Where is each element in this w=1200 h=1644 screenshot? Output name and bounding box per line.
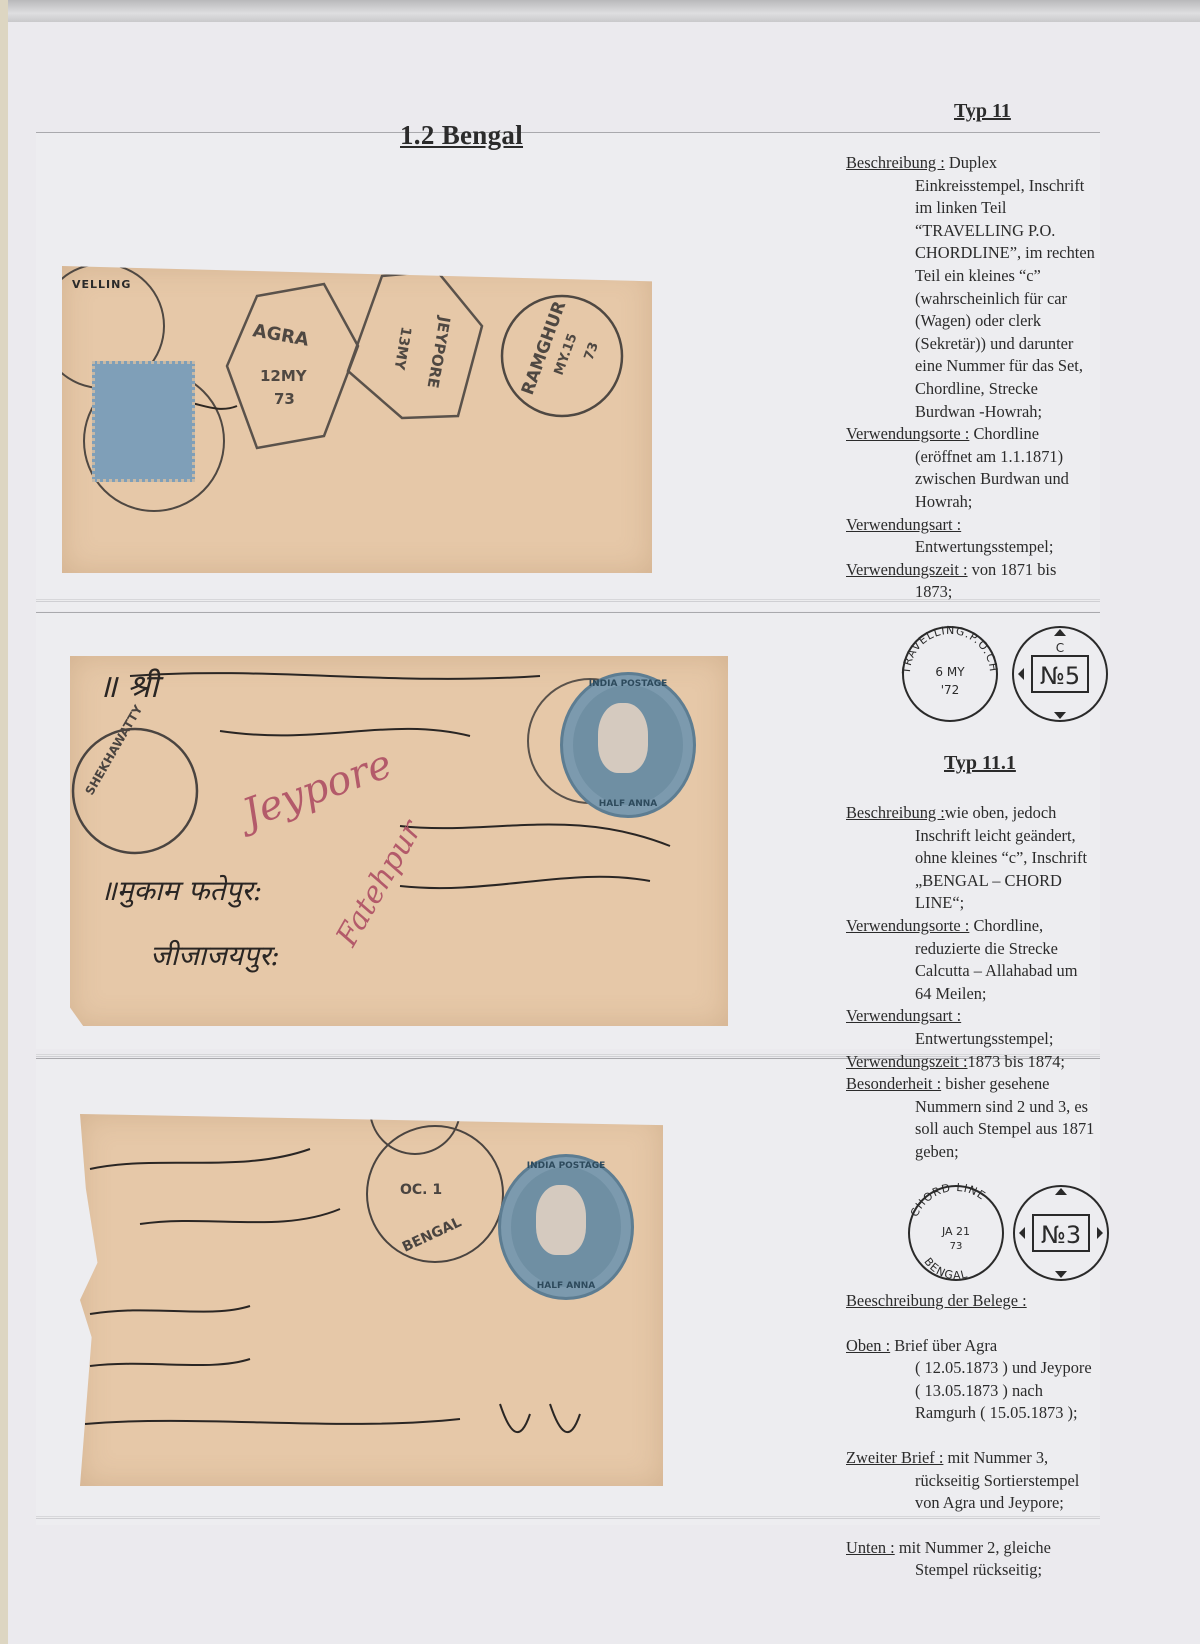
belege-heading: Beeschreibung der Belege :	[846, 1291, 1027, 1310]
description-text: von Agra und Jeypore;	[915, 1493, 1064, 1512]
description-line: Verwendungszeit : von 1871 bis	[846, 559, 1136, 582]
description-label: Zweiter Brief :	[846, 1448, 943, 1467]
description-line: Chordline, Strecke	[846, 378, 1136, 401]
description-text: im linken Teil	[915, 198, 1006, 217]
typ-11-heading: Typ 11	[954, 100, 1011, 123]
description-line: Calcutta – Allahabad um	[846, 960, 1136, 983]
page-edge	[0, 0, 8, 1644]
queen-head-icon	[536, 1185, 586, 1255]
description-line: ( 13.05.1873 ) nach	[846, 1380, 1136, 1403]
description-line: eine Nummer für das Set,	[846, 355, 1136, 378]
description-text: mit Nummer 2, gleiche	[895, 1538, 1051, 1557]
description-line: Einkreisstempel, Inschrift	[846, 175, 1136, 198]
queen-head-icon	[598, 703, 648, 773]
description-label: Verwendungsorte :	[846, 916, 969, 935]
typ-11-postmark-illustration: TRAVELLING.P.O.CHORDLINE 6 MY '72 C №5	[890, 624, 1116, 724]
description-text: (Wagen) oder clerk	[915, 311, 1041, 330]
description-line: Beschreibung : Duplex	[846, 152, 1136, 175]
svg-text:73: 73	[274, 390, 295, 408]
description-text: „BENGAL – CHORD	[915, 871, 1062, 890]
stamp-top-text: INDIA POSTAGE	[563, 679, 693, 689]
description-line: Howrah;	[846, 491, 1136, 514]
description-text: Calcutta – Allahabad um	[915, 961, 1078, 980]
description-label: Beschreibung :	[846, 803, 945, 822]
belege-entries: Oben : Brief über Agra( 12.05.1873 ) und…	[846, 1335, 1136, 1582]
description-text: bisher gesehene	[941, 1074, 1049, 1093]
description-line: Unten : mit Nummer 2, gleiche	[846, 1537, 1136, 1560]
description-line: Beschreibung :wie oben, jedoch	[846, 802, 1136, 825]
description-text: LINE“;	[915, 893, 964, 912]
svg-text:JA 21: JA 21	[941, 1225, 970, 1238]
typ-11-description: Beschreibung : DuplexEinkreisstempel, In…	[846, 152, 1136, 604]
svg-text:OC. 1: OC. 1	[400, 1182, 442, 1198]
description-text: “TRAVELLING P.O.	[915, 221, 1055, 240]
svg-text:6 MY: 6 MY	[935, 665, 965, 679]
description-line: geben;	[846, 1141, 1136, 1164]
description-line: (Sekretär)) und darunter	[846, 333, 1136, 356]
description-text: 64 Meilen;	[915, 984, 986, 1003]
description-text: Brief über Agra	[890, 1336, 997, 1355]
description-line: Oben : Brief über Agra	[846, 1335, 1136, 1358]
description-line: „BENGAL – CHORD	[846, 870, 1136, 893]
stamp-bottom-text: HALF ANNA	[501, 1281, 631, 1291]
svg-text:12MY: 12MY	[260, 367, 308, 385]
description-text: geben;	[915, 1142, 959, 1161]
description-text: zwischen Burdwan und	[915, 469, 1069, 488]
description-line: (Wagen) oder clerk	[846, 310, 1136, 333]
description-line: Burdwan -Howrah;	[846, 401, 1136, 424]
description-label: Besonderheit :	[846, 1074, 941, 1093]
description-text: (Sekretär)) und darunter	[915, 334, 1073, 353]
svg-text:JEYPORE: JEYPORE	[424, 314, 454, 389]
description-line: Entwertungsstempel;	[846, 1028, 1136, 1051]
svg-text:73: 73	[582, 340, 602, 362]
description-text: Ramgurh ( 15.05.1873 );	[915, 1403, 1078, 1422]
embossed-stamp: INDIA POSTAGE HALF ANNA	[560, 672, 696, 818]
description-text: Nummern sind 2 und 3, es	[915, 1097, 1088, 1116]
description-label: Verwendungsart :	[846, 515, 961, 534]
description-text: reduzierte die Strecke	[915, 939, 1058, 958]
description-text: Duplex	[945, 153, 997, 172]
description-line: 64 Meilen;	[846, 983, 1136, 1006]
svg-text:№3: №3	[1041, 1221, 1081, 1249]
description-line: im linken Teil	[846, 197, 1136, 220]
description-line: Inschrift leicht geändert,	[846, 825, 1136, 848]
description-line: von Agra und Jeypore;	[846, 1492, 1136, 1515]
belege-section: Beeschreibung der Belege : Oben : Brief …	[846, 1290, 1136, 1582]
description-label: Verwendungszeit :	[846, 560, 968, 579]
description-line: Verwendungsart :	[846, 514, 1136, 537]
bottom-cover: BENGAL OC. 1 INDIA POSTAGE HALF ANNA	[80, 1114, 663, 1486]
description-label: Verwendungsorte :	[846, 424, 969, 443]
description-text: (wahrscheinlich für car	[915, 289, 1067, 308]
top-cover: VELLING AGRA 12MY 73 JEYPORE 13MY RAMGHU…	[62, 266, 652, 573]
description-text: wie oben, jedoch	[945, 803, 1057, 822]
description-text: Entwertungsstempel;	[915, 537, 1053, 556]
manuscript-address: ॥ श्री	[98, 664, 158, 707]
embossed-stamp: INDIA POSTAGE HALF ANNA	[498, 1154, 634, 1300]
description-line: CHORDLINE”, im rechten	[846, 242, 1136, 265]
description-text: Einkreisstempel, Inschrift	[915, 176, 1084, 195]
description-line: Ramgurh ( 15.05.1873 );	[846, 1402, 1136, 1425]
manuscript-address: ॥मुकाम फतेपुर:	[100, 871, 262, 909]
description-text: 1873 bis 1874;	[968, 1052, 1065, 1071]
description-line: Zweiter Brief : mit Nummer 3,	[846, 1447, 1136, 1470]
middle-cover: SHEKHAWATTY ॥ श्री ॥मुकाम फतेपुर: जीजाजय…	[70, 656, 728, 1026]
description-text: rückseitig Sortierstempel	[915, 1471, 1079, 1490]
typ-11-1-heading: Typ 11.1	[944, 752, 1016, 775]
description-label: Unten :	[846, 1538, 895, 1557]
description-line: Verwendungszeit :1873 bis 1874;	[846, 1051, 1136, 1074]
svg-text:CHORD LINE: CHORD LINE	[908, 1183, 988, 1219]
description-line: rückseitig Sortierstempel	[846, 1470, 1136, 1493]
description-line: 1873;	[846, 581, 1136, 604]
page-title: 1.2 Bengal	[400, 120, 523, 151]
description-line: LINE“;	[846, 892, 1136, 915]
description-text: mit Nummer 3,	[943, 1448, 1048, 1467]
description-line: Teil ein kleines “c”	[846, 265, 1136, 288]
description-text: Chordline, Strecke	[915, 379, 1038, 398]
stamp-bottom-text: HALF ANNA	[563, 799, 693, 809]
description-label: Verwendungsart :	[846, 1006, 961, 1025]
description-text: von 1871 bis	[968, 560, 1057, 579]
description-text: CHORDLINE”, im rechten	[915, 243, 1095, 262]
stamp-top-text: INDIA POSTAGE	[501, 1161, 631, 1171]
svg-text:BENGAL: BENGAL	[400, 1214, 464, 1255]
description-line: (eröffnet am 1.1.1871)	[846, 446, 1136, 469]
svg-text:№5: №5	[1040, 662, 1080, 690]
adhesive-stamp	[92, 361, 195, 482]
description-line: soll auch Stempel aus 1871	[846, 1118, 1136, 1141]
description-text: Teil ein kleines “c”	[915, 266, 1041, 285]
description-text: Chordline,	[969, 916, 1043, 935]
album-sleeve-rail	[0, 0, 1200, 22]
description-line: Verwendungsart :	[846, 1005, 1136, 1028]
description-line: Verwendungsorte : Chordline	[846, 423, 1136, 446]
svg-text:'72: '72	[941, 683, 960, 697]
svg-text:BENGAL: BENGAL	[921, 1255, 969, 1282]
description-text: Inschrift leicht geändert,	[915, 826, 1076, 845]
description-text: Entwertungsstempel;	[915, 1029, 1053, 1048]
description-text: Chordline	[969, 424, 1039, 443]
svg-text:AGRA: AGRA	[251, 320, 310, 351]
description-line: Nummern sind 2 und 3, es	[846, 1096, 1136, 1119]
description-line: ( 12.05.1873 ) und Jeypore	[846, 1357, 1136, 1380]
typ-11-1-description: Beschreibung :wie oben, jedochInschrift …	[846, 802, 1136, 1164]
description-text: Burdwan -Howrah;	[915, 402, 1042, 421]
description-label: Oben :	[846, 1336, 890, 1355]
description-text: 1873;	[915, 582, 952, 601]
description-text: soll auch Stempel aus 1871	[915, 1119, 1094, 1138]
svg-text:73: 73	[950, 1241, 963, 1252]
svg-text:VELLING: VELLING	[72, 278, 131, 291]
description-label: Beschreibung :	[846, 153, 945, 172]
description-label: Verwendungszeit :	[846, 1052, 968, 1071]
description-text: ( 12.05.1873 ) und Jeypore	[915, 1358, 1092, 1377]
description-line: (wahrscheinlich für car	[846, 288, 1136, 311]
svg-text:C: C	[1056, 641, 1064, 655]
description-line: zwischen Burdwan und	[846, 468, 1136, 491]
description-text: ohne kleines “c”, Inschrift	[915, 848, 1087, 867]
description-text: Howrah;	[915, 492, 972, 511]
description-line: Verwendungsorte : Chordline,	[846, 915, 1136, 938]
description-text: ( 13.05.1873 ) nach	[915, 1381, 1043, 1400]
description-line: “TRAVELLING P.O.	[846, 220, 1136, 243]
description-line: Entwertungsstempel;	[846, 536, 1136, 559]
manuscript-address: जीजाजयपुर:	[150, 936, 280, 974]
description-text: Stempel rückseitig;	[915, 1560, 1042, 1579]
svg-text:13MY: 13MY	[390, 325, 413, 372]
description-line: Besonderheit : bisher gesehene	[846, 1073, 1136, 1096]
description-line: ohne kleines “c”, Inschrift	[846, 847, 1136, 870]
description-line: reduzierte die Strecke	[846, 938, 1136, 961]
svg-text:SHEKHAWATTY: SHEKHAWATTY	[82, 702, 145, 797]
description-text: (eröffnet am 1.1.1871)	[915, 447, 1063, 466]
description-text: eine Nummer für das Set,	[915, 356, 1083, 375]
description-line: Stempel rückseitig;	[846, 1559, 1136, 1582]
typ-11-1-postmark-illustration: CHORD LINE BENGAL JA 21 73 №3	[896, 1183, 1122, 1283]
